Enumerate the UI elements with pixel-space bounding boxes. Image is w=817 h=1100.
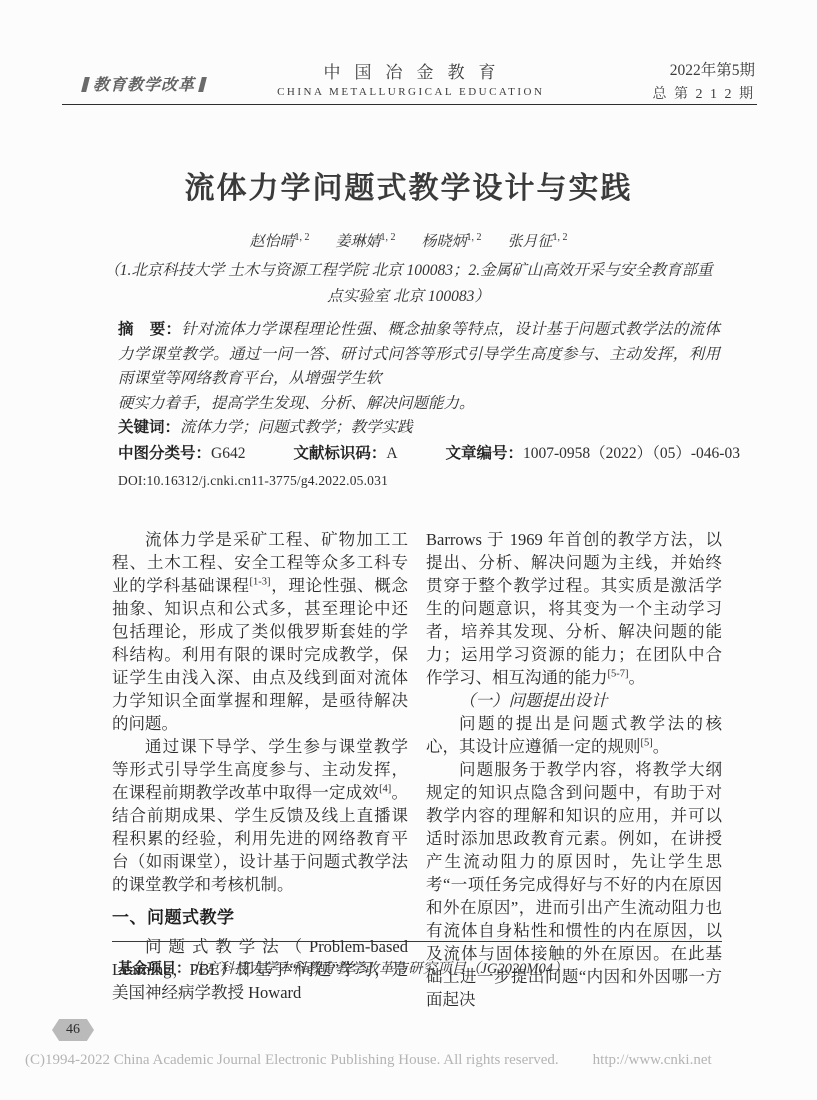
paper-page: 教育教学改革 中国冶金教育 CHINA METALLURGICAL EDUCAT… (0, 0, 817, 1100)
abstract-part2: 硬实力着手，提高学生发现、分析、解决问题能力。 (118, 392, 720, 417)
abstract-label: 摘 要： (118, 321, 181, 338)
author-name: 赵怡晴1, 2 (249, 234, 309, 250)
body-paragraph: 流体力学是采矿工程、矿物加工工程、土木工程、安全工程等众多工科专业的学科基础课程… (112, 528, 408, 735)
cnki-url: http://www.cnki.net (593, 1052, 712, 1068)
body-paragraph: 问题的提出是问题式教学法的核心，其设计应遵循一定的规则[5]。 (426, 712, 722, 758)
article-number: 文章编号：1007-0958（2022）（05）-046-03 (445, 445, 740, 462)
section-heading: 一、问题式教学 (112, 906, 408, 929)
header-rule (62, 104, 757, 105)
footnote-rule (112, 941, 722, 942)
meta-row: 中图分类号：G642 文献标识码：A 文章编号：1007-0958（2022）（… (118, 442, 720, 467)
affiliation: （1.北京科技大学 土木与资源工程学院 北京 100083；2.金属矿山高效开采… (60, 258, 757, 310)
doi: DOI:10.16312/j.cnki.cn11-3775/g4.2022.05… (118, 469, 720, 494)
body-paragraph: Barrows 于 1969 年首创的教学方法，以提出、分析、解决问题为主线，并… (426, 528, 722, 689)
fund-label: 基金项目： (118, 961, 191, 977)
affiliation-line1: （1.北京科技大学 土木与资源工程学院 北京 100083；2.金属矿山高效开采… (60, 258, 757, 284)
article-title: 流体力学问题式教学设计与实践 (0, 163, 817, 207)
page-number-badge: 46 (52, 1019, 94, 1041)
body-paragraph: 通过课下导学、学生参与课堂教学等形式引导学生高度参与、主动发挥，在课程前期教学改… (112, 735, 408, 896)
copyright-footer: (C)1994-2022 China Academic Journal Elec… (25, 1052, 797, 1069)
keywords-label: 关键词： (118, 419, 180, 436)
sub-heading: （一）问题提出设计 (426, 689, 722, 712)
right-column: Barrows 于 1969 年首创的教学方法，以提出、分析、解决问题为主线，并… (426, 528, 722, 1011)
left-column: 流体力学是采矿工程、矿物加工工程、土木工程、安全工程等众多工科专业的学科基础课程… (112, 528, 408, 1011)
body-columns: 流体力学是采矿工程、矿物加工工程、土木工程、安全工程等众多工科专业的学科基础课程… (112, 528, 722, 1011)
affiliation-line2: 点实验室 北京 100083） (60, 284, 757, 310)
issue-total: 总 第 2 1 2 期 (653, 83, 756, 103)
author-name: 张月征1, 2 (508, 234, 568, 250)
author-name: 杨晓炳1, 2 (422, 234, 482, 250)
author-list: 赵怡晴1, 2姜琳婧1, 2杨晓炳1, 2张月征1, 2 (0, 230, 817, 251)
issue-info: 2022年第5期 总 第 2 1 2 期 (653, 58, 756, 103)
keywords-line: 关键词：流体力学；问题式教学；教学实践 (118, 416, 720, 441)
abstract-part1: 摘 要：针对流体力学课程理论性强、概念抽象等特点，设计基于问题式教学法的流体力学… (118, 318, 720, 392)
author-name: 姜琳婧1, 2 (335, 234, 395, 250)
copyright-text: (C)1994-2022 China Academic Journal Elec… (25, 1052, 559, 1068)
clc-number: 中图分类号：G642 (118, 445, 245, 462)
issue-year: 2022年第5期 (653, 58, 756, 80)
front-matter: 摘 要：针对流体力学课程理论性强、概念抽象等特点，设计基于问题式教学法的流体力学… (118, 318, 720, 494)
document-code: 文献标识码：A (293, 445, 397, 462)
fund-footnote: 基金项目：北京科技大学本科教育教学改革与研究项目（JG2020M04） (118, 957, 727, 978)
journal-header: 教育教学改革 中国冶金教育 CHINA METALLURGICAL EDUCAT… (62, 56, 757, 102)
